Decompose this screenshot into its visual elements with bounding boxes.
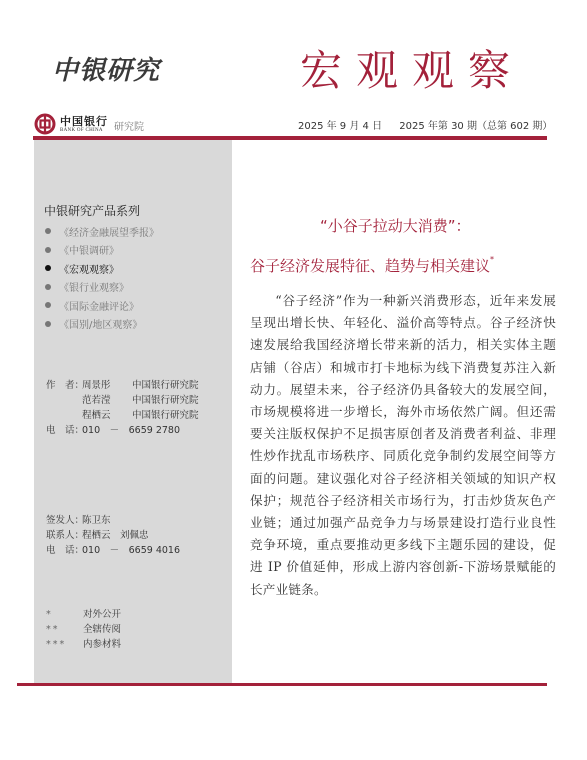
author-name: 程栖云 [82, 408, 122, 423]
logo-name-en: BANK OF CHINA [60, 128, 108, 133]
dateline: 2025 年 9 月 4 日 2025 年第 30 期（总第 602 期） [298, 117, 552, 132]
publish-date: 2025 年 9 月 4 日 [298, 121, 382, 132]
author-name: 周景彤 [82, 378, 122, 393]
author-name: 范若滢 [82, 393, 122, 408]
article-title-line2: 谷子经济发展特征、趋势与相关建议* [250, 255, 494, 276]
series-item[interactable]: 《国别/地区观察》 [45, 315, 159, 334]
article-title-line1: “小谷子拉动大消费”： [320, 215, 471, 236]
author-org: 中国银行研究院 [132, 393, 199, 408]
series-item[interactable]: 《国际金融评论》 [45, 296, 159, 315]
bullet-icon [45, 247, 51, 253]
signoff-block: 签发人： 陈卫东 联系人： 程栖云 刘佩忠 电 话： 010 － 6659 40… [46, 513, 180, 558]
bullet-icon [45, 228, 51, 234]
masthead-title: 宏观观察 [300, 38, 524, 98]
series-item[interactable]: 《银行业观察》 [45, 278, 159, 297]
bank-of-china-emblem-icon [34, 113, 56, 135]
signer-name: 陈卫东 [82, 513, 111, 528]
brand-script-logo: 中银研究 [52, 50, 160, 87]
distribution-levels: *对外公开 **全辖传阅 ***内参材料 [46, 607, 121, 652]
bullet-icon [45, 284, 51, 290]
footnote-mark: * [490, 255, 494, 264]
bank-of-china-logo: 中国银行 BANK OF CHINA [34, 113, 108, 135]
star-icon: * [46, 607, 83, 622]
phone-label: 电 话： [46, 423, 82, 438]
issue-number: 2025 年第 30 期（总第 602 期） [399, 121, 552, 132]
author-org: 中国银行研究院 [132, 408, 199, 423]
authors-phone: 010 － 6659 2780 [82, 423, 180, 438]
contact-names: 程栖云 刘佩忠 [82, 528, 149, 543]
footer-divider [17, 683, 547, 686]
author-org: 中国银行研究院 [132, 378, 199, 393]
star-icon: ** [46, 622, 83, 637]
star-icon: *** [46, 637, 83, 652]
series-list: 《经济金融展望季报》 《中银调研》 《宏观观察》 《银行业观察》 《国际金融评论… [45, 222, 159, 333]
contact-phone: 010 － 6659 4016 [82, 543, 180, 558]
series-item[interactable]: 《经济金融展望季报》 [45, 222, 159, 241]
phone-label: 电 话： [46, 543, 82, 558]
series-item-active[interactable]: 《宏观观察》 [45, 259, 159, 278]
authors-label: 作 者： [46, 378, 82, 393]
institute-label: 研究院 [114, 118, 144, 133]
contact-label: 联系人： [46, 528, 82, 543]
authors-block: 作 者： 周景彤 中国银行研究院 范若滢 中国银行研究院 程栖云 中国银行研究院… [46, 378, 199, 438]
bullet-icon [45, 265, 51, 271]
article-abstract: “谷子经济”作为一种新兴消费形态，近年来发展呈现出增长快、年轻化、溢价高等特点。… [250, 290, 556, 601]
series-title: 中银研究产品系列 [44, 202, 140, 219]
bullet-icon [45, 302, 51, 308]
logo-name-cn: 中国银行 [60, 116, 108, 127]
signer-label: 签发人： [46, 513, 82, 528]
series-item[interactable]: 《中银调研》 [45, 241, 159, 260]
bullet-icon [45, 321, 51, 327]
